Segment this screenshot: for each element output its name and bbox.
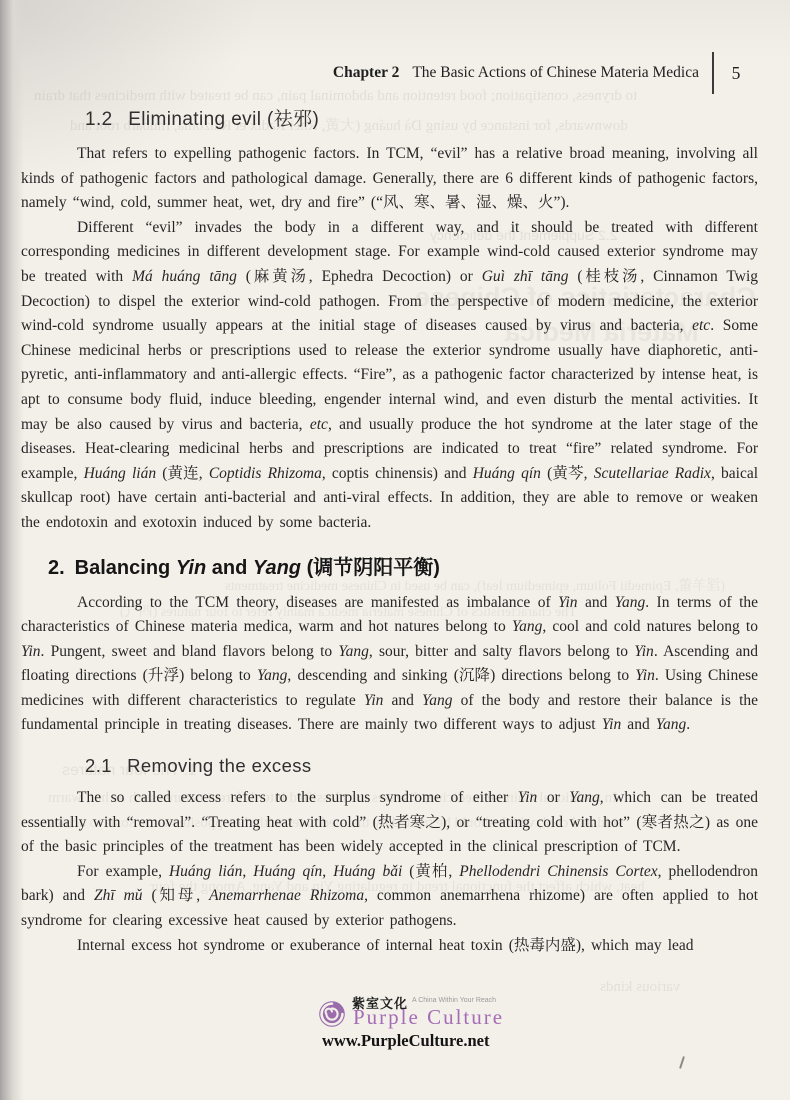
watermark-tagline: A China Within Your Reach bbox=[412, 997, 496, 1004]
publisher-watermark: 紫室文化 A China Within Your Reach Purple Cu… bbox=[300, 995, 540, 1055]
paragraph-removing-excess-3: Internal excess hot syndrome or exuberan… bbox=[21, 934, 758, 959]
heading-2-balancing-yin-yang: 2. Balancing Yin and Yang (调节阴阳平衡) bbox=[48, 551, 758, 580]
pen-mark bbox=[679, 1056, 685, 1069]
bleed-through-line: various kinds bbox=[600, 979, 680, 996]
paragraph-eliminating-evil-1: That refers to expelling pathogenic fact… bbox=[21, 142, 758, 216]
paragraph-yin-yang: According to the TCM theory, diseases ar… bbox=[21, 591, 758, 739]
heading-1-2-eliminating-evil: 1.2 Eliminating evil (祛邪) bbox=[85, 104, 758, 131]
paragraph-eliminating-evil-2: Different “evil” invades the body in a d… bbox=[21, 216, 758, 536]
purple-culture-spiral-logo-icon bbox=[316, 998, 348, 1030]
heading-2-1-removing-excess: 2.1 Removing the excess bbox=[85, 755, 758, 777]
paragraph-removing-excess-1: The so called excess refers to the surpl… bbox=[21, 786, 758, 860]
watermark-url: www.PurpleCulture.net bbox=[322, 1031, 489, 1051]
paragraph-removing-excess-2: For example, Huáng lián, Huáng qín, Huán… bbox=[21, 860, 758, 934]
watermark-brand-name: Purple Culture bbox=[353, 1005, 504, 1030]
scanned-book-page: to dryness, constipation; food retention… bbox=[0, 0, 790, 1100]
text-column: 1.2 Eliminating evil (祛邪) That refers to… bbox=[21, 0, 758, 958]
